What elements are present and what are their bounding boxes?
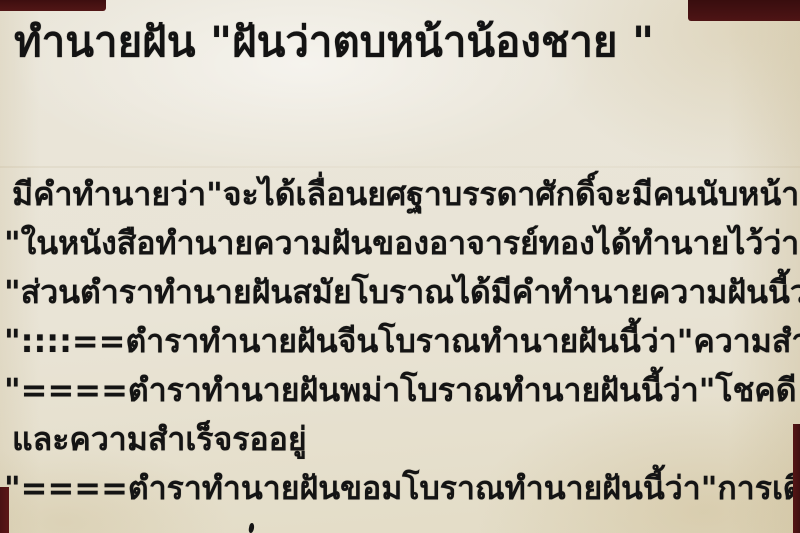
interpretation-line: "ส่วนตำราทำนายฝันสมัยโบราณได้มีคำทำนายคว…	[4, 268, 800, 317]
interpretation-line: "::::==ตำราทำนายฝันจีนโบราณทำนายฝันนี้ว่…	[4, 317, 800, 366]
page-edge-mark-top-left	[0, 0, 106, 11]
page-edge-mark-right	[793, 424, 800, 533]
dream-interpretation-page: ทำนายฝัน "ฝันว่าตบหน้าน้องชาย " มีคำทำนา…	[0, 0, 800, 533]
paper-crease	[0, 166, 800, 168]
cutoff-next-line-tone-mark	[248, 523, 255, 533]
page-edge-mark-top-right	[688, 0, 800, 21]
page-edge-mark-left	[0, 487, 9, 533]
page-title: ทำนายฝัน "ฝันว่าตบหน้าน้องชาย "	[14, 12, 800, 72]
interpretation-line: "====ตำราทำนายฝันขอมโบราณทำนายฝันนี้ว่า"…	[4, 464, 800, 513]
interpretation-line: มีคำทำนายว่า"จะได้เลื่อนยศฐาบรรดาศักดิ์จ…	[4, 170, 800, 219]
interpretation-line: "====ตำราทำนายฝันพม่าโบราณทำนายฝันนี้ว่า…	[4, 366, 800, 415]
interpretation-line: และความสำเร็จรออยู่	[4, 415, 800, 464]
interpretation-text-block: มีคำทำนายว่า"จะได้เลื่อนยศฐาบรรดาศักดิ์จ…	[4, 170, 800, 513]
interpretation-line: "ในหนังสือทำนายความฝันของอาจารย์ทองได้ทำ…	[4, 219, 800, 268]
